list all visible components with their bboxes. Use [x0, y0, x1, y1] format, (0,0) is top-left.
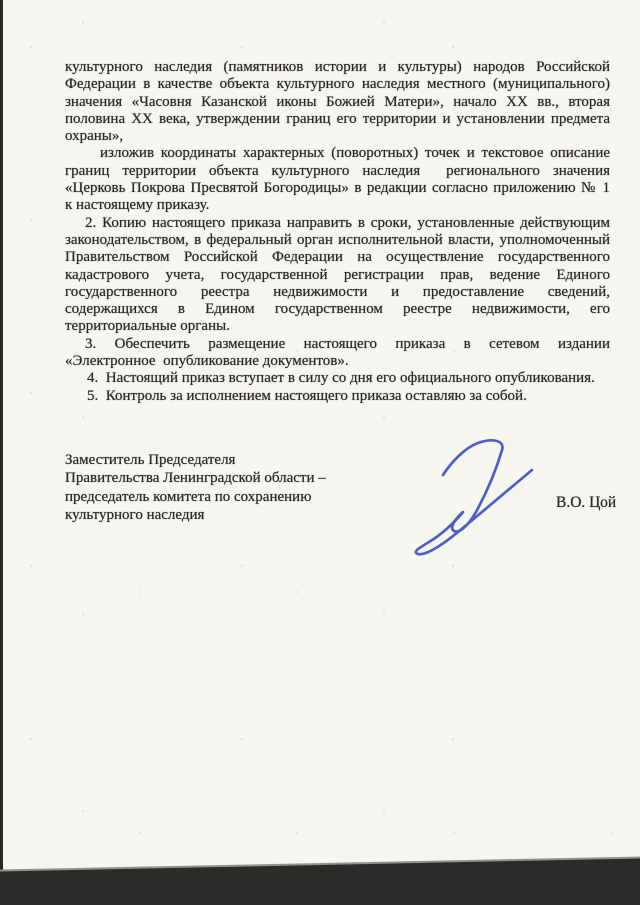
body-line: изложив координаты характерных (поворотн…: [65, 145, 610, 162]
body-line: 3. Обеспечить размещение настоящего прик…: [65, 336, 610, 353]
body-line: охраны»,: [65, 128, 610, 145]
body-line: половина XX века, утверждении границ его…: [65, 111, 610, 128]
signature-ink-icon: [398, 428, 550, 573]
body-line: Правительством Российской Федерации на о…: [65, 249, 610, 266]
body-line: государственного реестра недвижимости и …: [65, 284, 610, 301]
signatory-title-line: председатель комитета по сохранению: [65, 488, 395, 506]
body-line: границ территории объекта культурного на…: [65, 163, 610, 180]
signature-stroke: [416, 440, 532, 554]
body-line: к настоящему приказу.: [65, 197, 610, 214]
body-line: кадастрового учета, государственной реги…: [65, 267, 610, 284]
order-body-text: культурного наследия (памятников истории…: [65, 59, 610, 405]
scanned-document: культурного наследия (памятников истории…: [0, 0, 640, 905]
body-line: «Электронное опубликование документов».: [65, 353, 610, 370]
body-line: содержащихся в Едином государственном ре…: [65, 301, 610, 318]
signer-name: В.О. Цой: [556, 494, 616, 512]
body-line: «Церковь Покрова Пресвятой Богородицы» в…: [65, 180, 610, 197]
body-line: значения «Часовня Казанской иконы Божией…: [65, 94, 610, 111]
body-line: 5. Контроль за исполнением настоящего пр…: [65, 388, 610, 405]
scan-background-area: [0, 858, 640, 905]
body-line: 2. Копию настоящего приказа направить в …: [65, 215, 610, 232]
body-line: территориальные органы.: [65, 318, 610, 335]
body-line: законодательством, в федеральный орган и…: [65, 232, 610, 249]
signatory-title-block: Заместитель ПредседателяПравительства Ле…: [65, 451, 395, 525]
body-line: 4. Настоящий приказ вступает в силу со д…: [65, 370, 610, 387]
signatory-title-line: Правительства Ленинградской области –: [65, 469, 395, 487]
body-line: культурного наследия (памятников истории…: [65, 59, 610, 76]
signatory-title-line: культурного наследия: [65, 506, 395, 524]
body-line: Федерации в качестве объекта культурного…: [65, 76, 610, 93]
scan-bottom-edge: [0, 853, 640, 905]
signatory-title-line: Заместитель Председателя: [65, 451, 395, 469]
scan-left-edge: [0, 0, 3, 880]
